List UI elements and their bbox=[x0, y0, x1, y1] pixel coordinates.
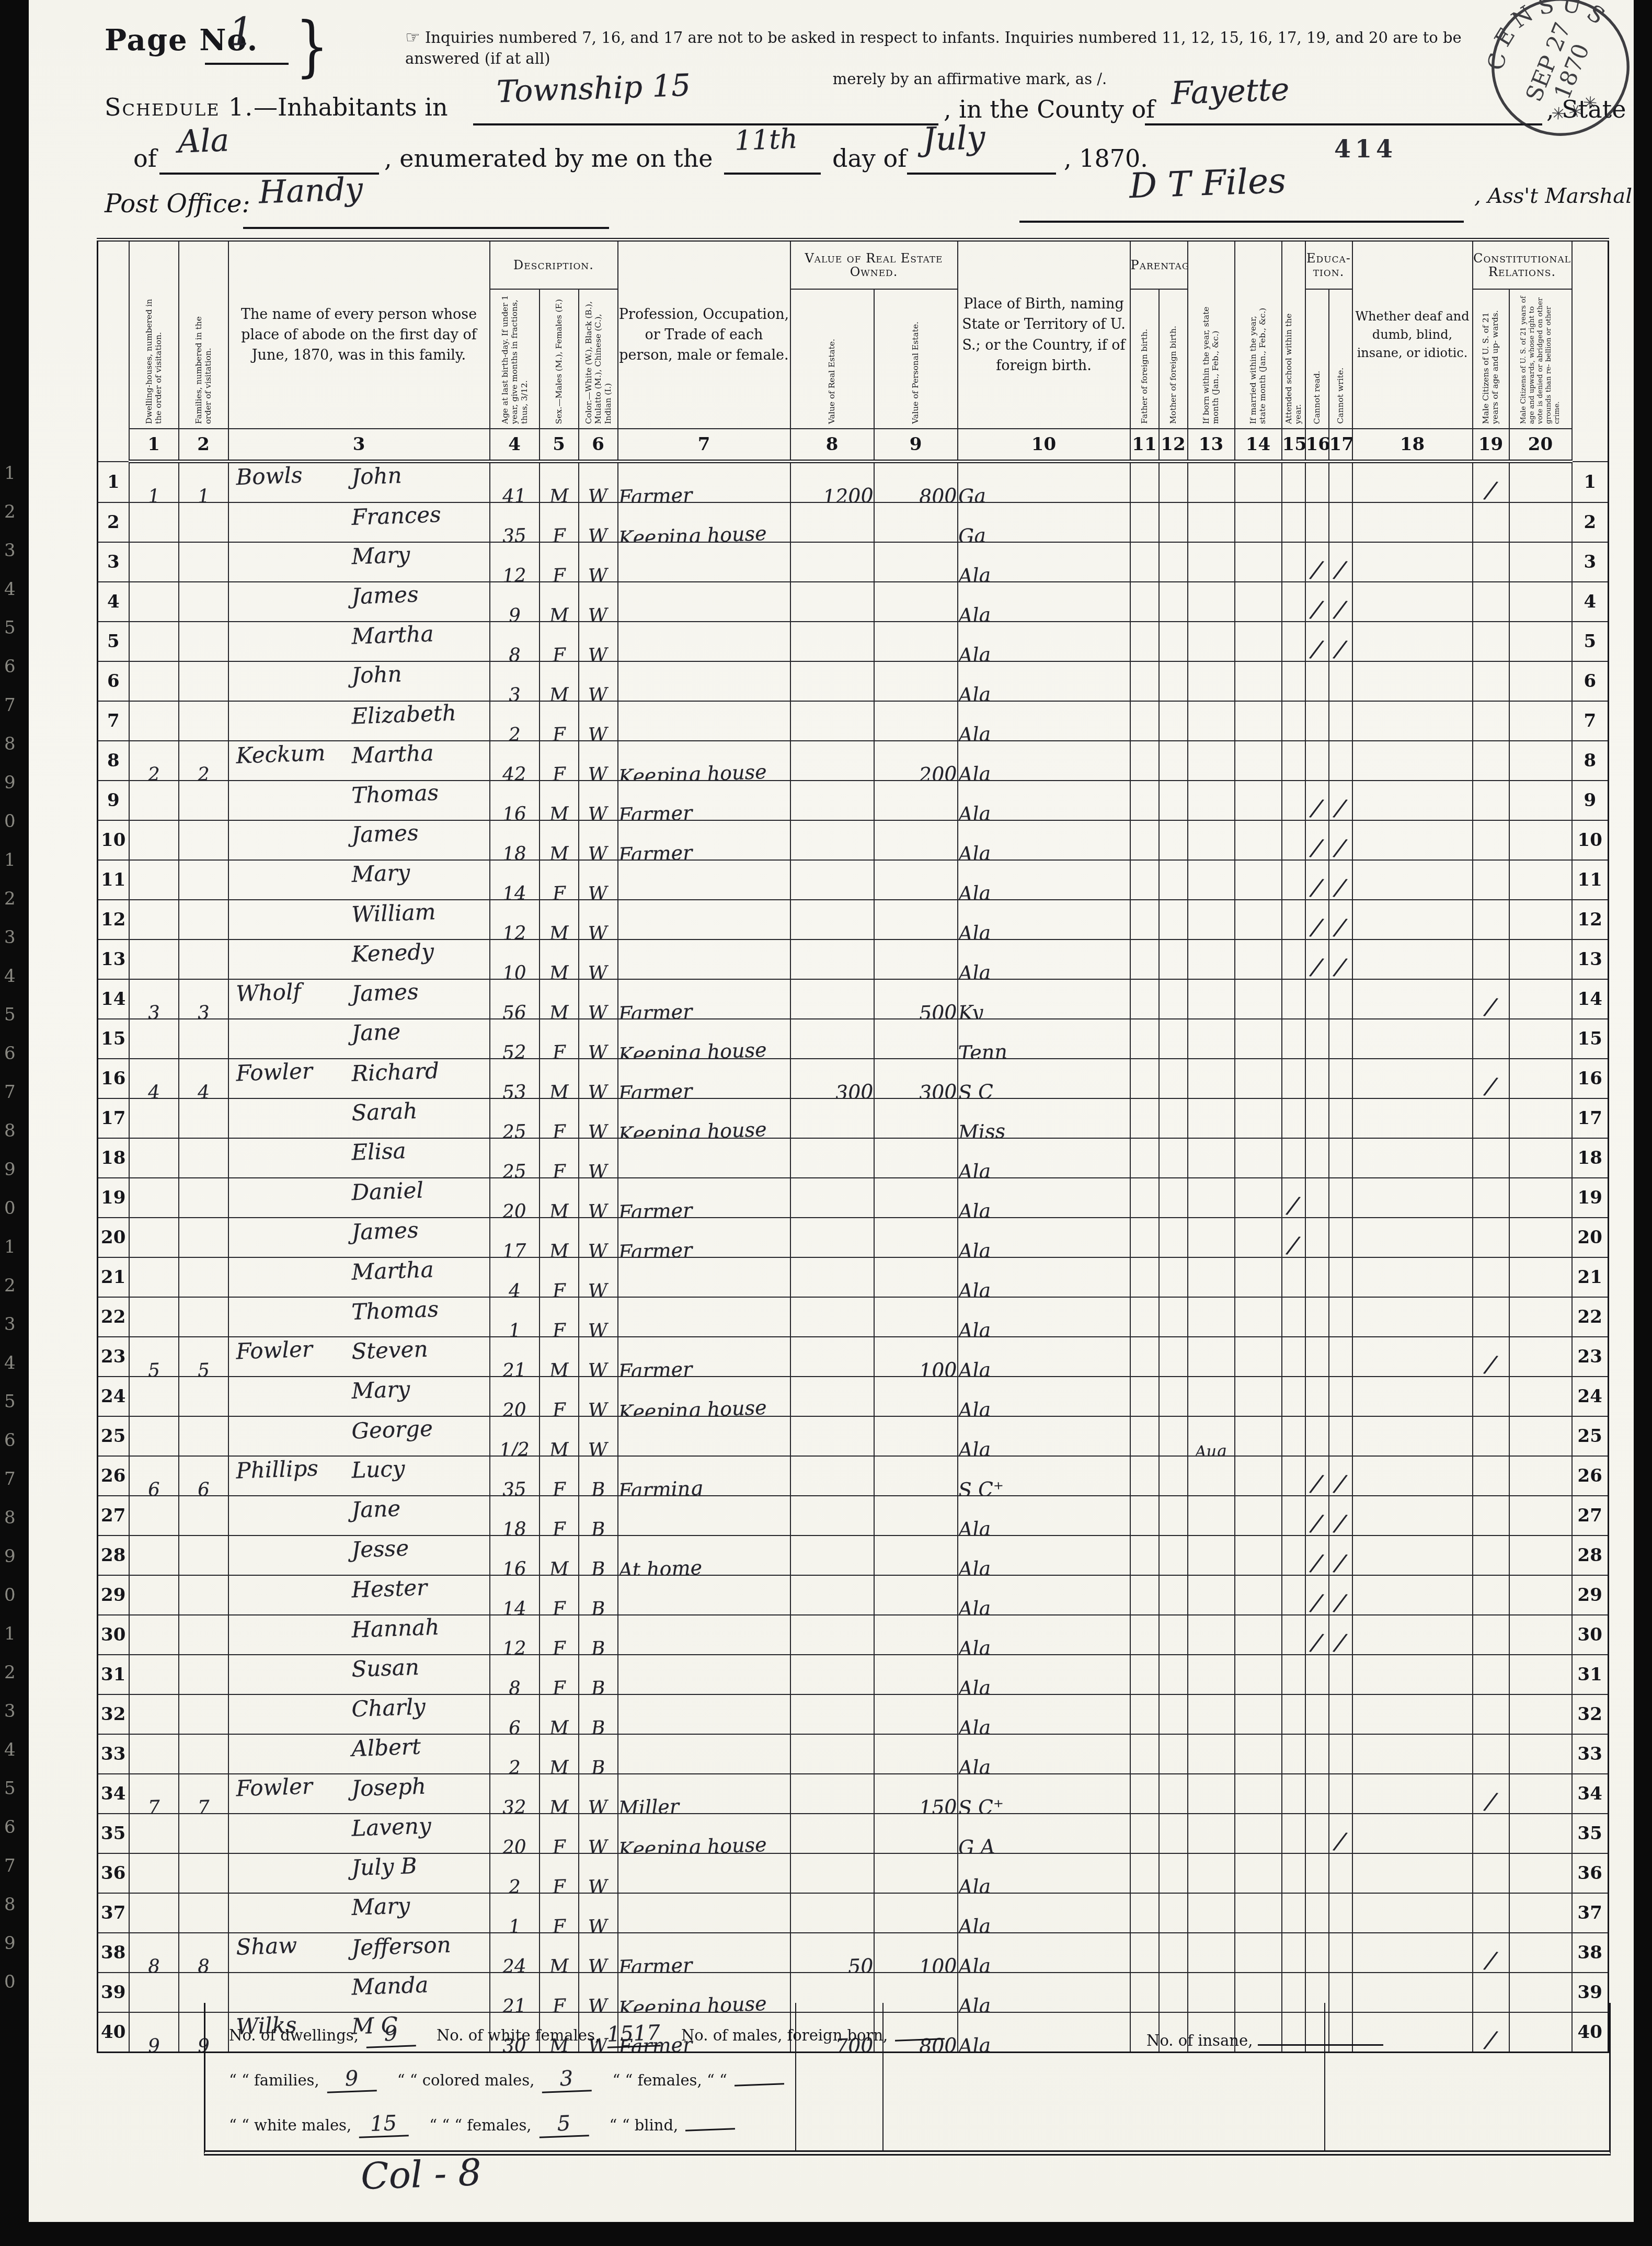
col-personal-estate bbox=[874, 1575, 958, 1615]
row-number-right: 5 bbox=[1572, 622, 1609, 661]
col-cannot-write bbox=[1329, 1257, 1352, 1297]
film-edge-number: 6 bbox=[4, 1817, 16, 1838]
stat-value bbox=[685, 2128, 735, 2131]
col-mother-foreign bbox=[1159, 1734, 1188, 1774]
col-color: W bbox=[579, 1893, 618, 1933]
col-family bbox=[179, 939, 228, 979]
row-number-left: 32 bbox=[98, 1694, 129, 1734]
color-value: B bbox=[591, 1759, 605, 1774]
col-cannot-write: / bbox=[1329, 1456, 1352, 1496]
row-number-left: 19 bbox=[98, 1178, 129, 1218]
col-color: W bbox=[579, 1774, 618, 1814]
col-birthplace: Ala bbox=[958, 701, 1130, 741]
birthplace-value: Ala bbox=[958, 1718, 991, 1734]
col-personal-estate bbox=[874, 1178, 958, 1218]
affirmative-mark: / bbox=[1334, 594, 1347, 622]
col-mother-foreign bbox=[1159, 1694, 1188, 1734]
col-vote-denied bbox=[1509, 701, 1572, 741]
col-occupation: Farmer bbox=[618, 1218, 790, 1257]
film-edge-number: 6 bbox=[4, 1043, 16, 1064]
col-born-month bbox=[1188, 1257, 1235, 1297]
col-mother-foreign bbox=[1159, 1138, 1188, 1178]
col-personal-estate bbox=[874, 939, 958, 979]
col-color: W bbox=[579, 502, 618, 542]
col-father-foreign bbox=[1130, 1694, 1159, 1734]
col-personal-estate: 100 bbox=[874, 1933, 958, 1973]
sex-value: F bbox=[552, 647, 566, 661]
col-male-citizen bbox=[1473, 939, 1509, 979]
col-name: Frances bbox=[228, 502, 490, 542]
family-number: 3 bbox=[197, 1004, 210, 1019]
row-number-left: 25 bbox=[98, 1416, 129, 1456]
birthplace-value: Ala bbox=[958, 964, 991, 979]
col-deaf-dumb bbox=[1352, 1059, 1473, 1098]
post-office-label: Post Office: bbox=[105, 189, 250, 219]
film-edge-number: 3 bbox=[4, 1701, 16, 1722]
occupation-value: Keeping house bbox=[618, 1836, 767, 1853]
page-number-blank bbox=[205, 63, 289, 65]
row-number-left: 8 bbox=[98, 741, 129, 781]
col-cannot-read bbox=[1305, 1019, 1329, 1059]
birthplace-value: Ala bbox=[958, 1679, 991, 1694]
col-real-estate bbox=[790, 741, 874, 781]
col-family bbox=[179, 661, 228, 701]
col-birthplace: S C⁺ bbox=[958, 1774, 1130, 1814]
col-vote-denied bbox=[1509, 1218, 1572, 1257]
age-value: 42 bbox=[502, 766, 527, 781]
col-color: W bbox=[579, 781, 618, 820]
col-dwelling bbox=[129, 1297, 179, 1337]
col-male-citizen bbox=[1473, 1297, 1509, 1337]
sex-value: M bbox=[549, 1362, 569, 1377]
col-age: 2 bbox=[490, 701, 540, 741]
census-row: 31Susan8FBAla31 bbox=[98, 1655, 1609, 1694]
col-male-citizen bbox=[1473, 1694, 1509, 1734]
col-vote-denied bbox=[1509, 741, 1572, 781]
census-row: 33Albert2MBAla33 bbox=[98, 1734, 1609, 1774]
family-number: 4 bbox=[197, 1084, 210, 1098]
row-number-left: 26 bbox=[98, 1456, 129, 1496]
col-color: W bbox=[579, 1337, 618, 1377]
col-deaf-dumb bbox=[1352, 701, 1473, 741]
col-real-estate bbox=[790, 979, 874, 1019]
col-sex: F bbox=[540, 1377, 579, 1416]
film-edge-number: 9 bbox=[4, 772, 16, 793]
col-personal-estate bbox=[874, 781, 958, 820]
census-row: 111BowlsJohn41MWFarmer1200800Ga/1 bbox=[98, 462, 1609, 503]
affirmative-mark: / bbox=[1311, 1469, 1324, 1496]
col-male-citizen bbox=[1473, 1853, 1509, 1893]
col-mother-foreign bbox=[1159, 1019, 1188, 1059]
row-number-right: 4 bbox=[1572, 582, 1609, 622]
row-number-left: 10 bbox=[98, 820, 129, 860]
census-row: 6John3MWAla6 bbox=[98, 661, 1609, 701]
col-name: Hester bbox=[228, 1575, 490, 1615]
col-vote-denied bbox=[1509, 1297, 1572, 1337]
col-vote-denied bbox=[1509, 781, 1572, 820]
col-family bbox=[179, 820, 228, 860]
affirmative-mark: / bbox=[1311, 912, 1324, 939]
birthplace-value: Ala bbox=[958, 924, 991, 939]
dwelling-number: 4 bbox=[147, 1084, 160, 1098]
surname: Bowls bbox=[235, 465, 303, 502]
given-name: Jefferson bbox=[351, 1935, 452, 1973]
age-value: 18 bbox=[502, 845, 527, 860]
col-dwelling bbox=[129, 661, 179, 701]
col-deaf-dumb bbox=[1352, 979, 1473, 1019]
col-age: 35 bbox=[490, 502, 540, 542]
col-deaf-dumb bbox=[1352, 1257, 1473, 1297]
personal-estate-value: 100 bbox=[919, 1957, 957, 1973]
col-birthplace: Ala bbox=[958, 1178, 1130, 1218]
col-born-month bbox=[1188, 1734, 1235, 1774]
col-cannot-write: / bbox=[1329, 1496, 1352, 1535]
col-born-month bbox=[1188, 1933, 1235, 1973]
col-vote-denied bbox=[1509, 1456, 1572, 1496]
col-occupation bbox=[618, 1734, 790, 1774]
col-attended-school bbox=[1282, 1098, 1305, 1138]
col-header-real-estate: Value of Real Estate. bbox=[790, 289, 874, 429]
film-edge-number: 2 bbox=[4, 1275, 16, 1296]
col-dwelling: 2 bbox=[129, 741, 179, 781]
census-row: 37Mary1FWAla37 bbox=[98, 1893, 1609, 1933]
col-real-estate bbox=[790, 542, 874, 582]
col-cannot-read bbox=[1305, 1098, 1329, 1138]
col-married-month bbox=[1235, 582, 1282, 622]
col-family: 6 bbox=[179, 1456, 228, 1496]
row-number-left: 15 bbox=[98, 1019, 129, 1059]
col-personal-estate: 150 bbox=[874, 1774, 958, 1814]
color-value: W bbox=[588, 1163, 608, 1178]
affirmative-mark: / bbox=[1484, 1945, 1497, 1973]
row-number-right: 38 bbox=[1572, 1933, 1609, 1973]
stat-value bbox=[1258, 2044, 1383, 2046]
marshal-signature: D T Files bbox=[1129, 161, 1287, 206]
row-number-right: 2 bbox=[1572, 502, 1609, 542]
col-header-age: Age at last birth-day. If under 1 year, … bbox=[490, 289, 540, 429]
row-number-right: 22 bbox=[1572, 1297, 1609, 1337]
film-edge-bottom bbox=[0, 2222, 1652, 2246]
col-real-estate bbox=[790, 939, 874, 979]
row-number-left: 4 bbox=[98, 582, 129, 622]
col-age: 25 bbox=[490, 1138, 540, 1178]
col-family bbox=[179, 900, 228, 939]
birthplace-value: Ala bbox=[958, 1917, 991, 1933]
col-birthplace: Ga bbox=[958, 502, 1130, 542]
col-father-foreign bbox=[1130, 661, 1159, 701]
col-cannot-write: / bbox=[1329, 622, 1352, 661]
col-name: Jesse bbox=[228, 1535, 490, 1575]
col-sex: F bbox=[540, 1496, 579, 1535]
col-age: 35 bbox=[490, 1456, 540, 1496]
col-occupation: At home bbox=[618, 1535, 790, 1575]
real-estate-value: 300 bbox=[835, 1083, 874, 1098]
film-edge-number: 0 bbox=[4, 1585, 16, 1606]
row-number-right: 9 bbox=[1572, 781, 1609, 820]
col-born-month bbox=[1188, 1814, 1235, 1853]
col-sex: M bbox=[540, 462, 579, 503]
col-color: B bbox=[579, 1655, 618, 1694]
col-real-estate: 1200 bbox=[790, 462, 874, 503]
birthplace-value: Ala bbox=[958, 805, 991, 820]
col-occupation bbox=[618, 542, 790, 582]
personal-estate-value: 100 bbox=[919, 1361, 957, 1377]
col-deaf-dumb bbox=[1352, 1178, 1473, 1218]
col-age: 18 bbox=[490, 1496, 540, 1535]
col-married-month bbox=[1235, 1535, 1282, 1575]
col-married-month bbox=[1235, 860, 1282, 900]
affirmative-mark: / bbox=[1311, 952, 1324, 979]
given-name: Sarah bbox=[351, 1101, 418, 1138]
given-name: July B bbox=[351, 1856, 418, 1893]
film-edge-number: 7 bbox=[4, 1082, 16, 1103]
col-occupation: Keeping house bbox=[618, 1814, 790, 1853]
col-mother-foreign bbox=[1159, 1098, 1188, 1138]
census-row: 30Hannah12FBAla//30 bbox=[98, 1615, 1609, 1655]
affirmative-mark: / bbox=[1311, 594, 1324, 622]
col-married-month bbox=[1235, 542, 1282, 582]
affirmative-mark: / bbox=[1334, 555, 1347, 582]
col-age: 2 bbox=[490, 1853, 540, 1893]
col-deaf-dumb bbox=[1352, 1734, 1473, 1774]
col-cannot-read: / bbox=[1305, 582, 1329, 622]
row-number-left: 17 bbox=[98, 1098, 129, 1138]
census-row: 13Kenedy10MWAla//13 bbox=[98, 939, 1609, 979]
col-born-month bbox=[1188, 1535, 1235, 1575]
col-family bbox=[179, 1814, 228, 1853]
col-male-citizen: / bbox=[1473, 462, 1509, 503]
census-row: 28Jesse16MBAt homeAla//28 bbox=[98, 1535, 1609, 1575]
given-name: Mary bbox=[351, 545, 410, 582]
col-mother-foreign bbox=[1159, 542, 1188, 582]
col-cannot-read bbox=[1305, 462, 1329, 503]
census-row: 19Daniel20MWFarmerAla/19 bbox=[98, 1178, 1609, 1218]
age-value: 17 bbox=[502, 1243, 527, 1257]
col-occupation: Keeping house bbox=[618, 502, 790, 542]
col-deaf-dumb bbox=[1352, 1615, 1473, 1655]
col-family: 2 bbox=[179, 741, 228, 781]
given-name: Steven bbox=[351, 1339, 429, 1377]
occupation-value: Keeping house bbox=[618, 524, 767, 542]
dwelling-number: 8 bbox=[147, 1958, 160, 1973]
col-deaf-dumb bbox=[1352, 781, 1473, 820]
col-father-foreign bbox=[1130, 462, 1159, 503]
row-number-left: 13 bbox=[98, 939, 129, 979]
col-family: 5 bbox=[179, 1337, 228, 1377]
col-color: B bbox=[579, 1575, 618, 1615]
col-sex: F bbox=[540, 1257, 579, 1297]
row-number-right: 20 bbox=[1572, 1218, 1609, 1257]
col-attended-school: / bbox=[1282, 1218, 1305, 1257]
col-attended-school bbox=[1282, 820, 1305, 860]
col-attended-school bbox=[1282, 1814, 1305, 1853]
birthplace-value: Ala bbox=[958, 685, 991, 701]
given-name: Elisa bbox=[351, 1141, 407, 1178]
col-dwelling: 7 bbox=[129, 1774, 179, 1814]
sex-value: F bbox=[552, 1124, 566, 1138]
col-sex: F bbox=[540, 1456, 579, 1496]
given-name: James bbox=[351, 585, 419, 622]
col-age: 42 bbox=[490, 741, 540, 781]
row-number-left: 9 bbox=[98, 781, 129, 820]
film-edge-number: 9 bbox=[4, 1546, 16, 1567]
col-father-foreign bbox=[1130, 1615, 1159, 1655]
col-married-month bbox=[1235, 1178, 1282, 1218]
col-name: BowlsJohn bbox=[228, 462, 490, 503]
col-cannot-write: / bbox=[1329, 1575, 1352, 1615]
occupation-value: Miller bbox=[618, 1797, 679, 1814]
col-occupation: Farming bbox=[618, 1456, 790, 1496]
col-birthplace: G A bbox=[958, 1814, 1130, 1853]
col-birthplace: Ala bbox=[958, 1496, 1130, 1535]
col-family: 3 bbox=[179, 979, 228, 1019]
col-married-month bbox=[1235, 1933, 1282, 1973]
row-number-right: 28 bbox=[1572, 1535, 1609, 1575]
col-male-citizen bbox=[1473, 1575, 1509, 1615]
col-occupation: Farmer bbox=[618, 781, 790, 820]
col-attended-school bbox=[1282, 1933, 1305, 1973]
col-male-citizen bbox=[1473, 781, 1509, 820]
affirmative-mark: / bbox=[1311, 634, 1324, 661]
col-cannot-write bbox=[1329, 661, 1352, 701]
col-occupation bbox=[618, 939, 790, 979]
col-attended-school bbox=[1282, 1694, 1305, 1734]
col-deaf-dumb bbox=[1352, 582, 1473, 622]
col-male-citizen bbox=[1473, 1098, 1509, 1138]
col-real-estate: 50 bbox=[790, 1933, 874, 1973]
col-color: W bbox=[579, 1814, 618, 1853]
col-birthplace: Ala bbox=[958, 1535, 1130, 1575]
col-father-foreign bbox=[1130, 781, 1159, 820]
col-born-month bbox=[1188, 1893, 1235, 1933]
surname: Fowler bbox=[235, 1776, 313, 1814]
col-sex: M bbox=[540, 939, 579, 979]
col-attended-school bbox=[1282, 900, 1305, 939]
col-age: 10 bbox=[490, 939, 540, 979]
col-name: Kenedy bbox=[228, 939, 490, 979]
col-sex: M bbox=[540, 582, 579, 622]
col-married-month bbox=[1235, 1019, 1282, 1059]
col-occupation bbox=[618, 1416, 790, 1456]
col-dwelling bbox=[129, 1178, 179, 1218]
affirmative-mark: / bbox=[1334, 1548, 1347, 1575]
film-edge-number: 2 bbox=[4, 888, 16, 909]
given-name: James bbox=[351, 1220, 419, 1257]
col-name: ShawJefferson bbox=[228, 1933, 490, 1973]
col-personal-estate bbox=[874, 1456, 958, 1496]
col-sex: M bbox=[540, 1059, 579, 1098]
row-number-right: 16 bbox=[1572, 1059, 1609, 1098]
col-attended-school bbox=[1282, 741, 1305, 781]
col-cannot-read bbox=[1305, 741, 1329, 781]
month-handwritten: July bbox=[922, 118, 986, 158]
col-attended-school bbox=[1282, 1774, 1305, 1814]
col-dwelling bbox=[129, 1496, 179, 1535]
col-family bbox=[179, 622, 228, 661]
sex-value: F bbox=[552, 567, 566, 582]
color-value: B bbox=[591, 1600, 605, 1615]
row-number-left: 7 bbox=[98, 701, 129, 741]
col-occupation: Miller bbox=[618, 1774, 790, 1814]
col-dwelling bbox=[129, 582, 179, 622]
birthplace-value: Ky bbox=[958, 1003, 983, 1019]
col-born-month bbox=[1188, 661, 1235, 701]
census-row: 15Jane52FWKeeping houseTenn15 bbox=[98, 1019, 1609, 1059]
given-name: Martha bbox=[351, 624, 434, 661]
color-value: W bbox=[588, 488, 608, 502]
row-number-left: 23 bbox=[98, 1337, 129, 1377]
age-value: 2 bbox=[508, 1759, 521, 1774]
group-constitutional: Constitutional Relations. bbox=[1473, 240, 1572, 290]
col-married-month bbox=[1235, 1655, 1282, 1694]
col-born-month bbox=[1188, 622, 1235, 661]
col-born-month bbox=[1188, 1218, 1235, 1257]
family-number: 5 bbox=[197, 1362, 210, 1377]
col-born-month bbox=[1188, 860, 1235, 900]
col-mother-foreign bbox=[1159, 860, 1188, 900]
col-name: Mary bbox=[228, 1893, 490, 1933]
col-sex: M bbox=[540, 1337, 579, 1377]
affirmative-mark: / bbox=[1311, 1628, 1324, 1655]
occupation-value: Farmer bbox=[618, 1241, 692, 1257]
col-real-estate bbox=[790, 1297, 874, 1337]
census-row: 29Hester14FBAla//29 bbox=[98, 1575, 1609, 1615]
col-dwelling: 6 bbox=[129, 1456, 179, 1496]
col-personal-estate bbox=[874, 1853, 958, 1893]
dwelling-number: 7 bbox=[147, 1799, 160, 1814]
col-cannot-read bbox=[1305, 1694, 1329, 1734]
row-number-left: 11 bbox=[98, 860, 129, 900]
col-married-month bbox=[1235, 1337, 1282, 1377]
col-real-estate bbox=[790, 1694, 874, 1734]
col-sex: M bbox=[540, 661, 579, 701]
col-cannot-read: / bbox=[1305, 820, 1329, 860]
col-cannot-write: / bbox=[1329, 1814, 1352, 1853]
col-family bbox=[179, 1496, 228, 1535]
col-mother-foreign bbox=[1159, 502, 1188, 542]
col-mother-foreign bbox=[1159, 1059, 1188, 1098]
col-family bbox=[179, 542, 228, 582]
birthplace-value: Ala bbox=[958, 844, 991, 860]
film-edge-number: 3 bbox=[4, 1314, 16, 1335]
stat-value: 3 bbox=[542, 2066, 592, 2093]
col-vote-denied bbox=[1509, 1814, 1572, 1853]
age-value: 32 bbox=[502, 1799, 527, 1814]
col-header-deaf-dumb: Whether deaf and dumb, blind, insane, or… bbox=[1352, 240, 1473, 429]
col-cannot-write bbox=[1329, 1933, 1352, 1973]
col-deaf-dumb bbox=[1352, 1575, 1473, 1615]
col-vote-denied bbox=[1509, 820, 1572, 860]
col-married-month bbox=[1235, 1456, 1282, 1496]
col-header-mother-foreign: Mother of foreign birth. bbox=[1159, 289, 1188, 429]
color-value: W bbox=[588, 1441, 608, 1456]
col-married-month bbox=[1235, 502, 1282, 542]
col-dwelling bbox=[129, 1694, 179, 1734]
film-edge-number: 7 bbox=[4, 1469, 16, 1489]
col-cannot-read bbox=[1305, 701, 1329, 741]
col-real-estate bbox=[790, 502, 874, 542]
col-mother-foreign bbox=[1159, 1655, 1188, 1694]
col-vote-denied bbox=[1509, 1535, 1572, 1575]
col-cannot-write bbox=[1329, 1337, 1352, 1377]
col-cannot-read: / bbox=[1305, 900, 1329, 939]
col-deaf-dumb bbox=[1352, 502, 1473, 542]
col-real-estate bbox=[790, 1456, 874, 1496]
sex-value: M bbox=[549, 607, 569, 622]
col-name: FowlerRichard bbox=[228, 1059, 490, 1098]
col-father-foreign bbox=[1130, 1575, 1159, 1615]
col-real-estate bbox=[790, 1138, 874, 1178]
